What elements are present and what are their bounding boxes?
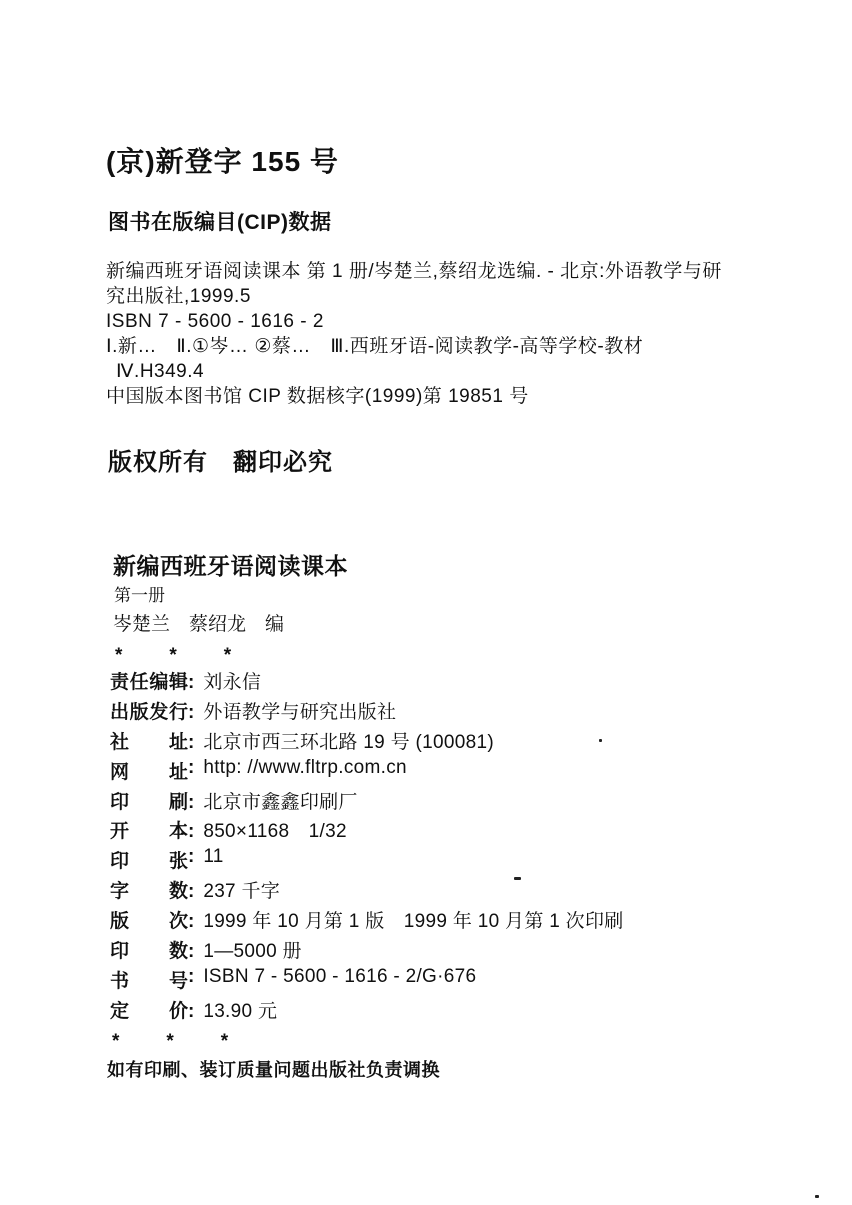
reprint-notice: 如有印刷、装订质量问题出版社负责调换	[107, 1056, 440, 1082]
colophon-value: 237 千字	[203, 881, 280, 902]
colophon-label: 出版发行	[110, 697, 188, 724]
colophon-colon: :	[188, 757, 194, 778]
colophon-label: 开本	[110, 816, 188, 843]
colophon-row: 出版发行:外语教学与研究出版社	[110, 697, 624, 727]
colophon-label: 版次	[110, 906, 188, 933]
colophon-colon: :	[188, 821, 194, 842]
cip-line: Ⅳ.H349.4	[106, 359, 786, 384]
colophon-value: 刘永信	[203, 672, 261, 693]
colophon-value: 13.90 元	[203, 1001, 277, 1022]
cip-line: Ⅰ.新… Ⅱ.①岑… ②蔡… Ⅲ.西班牙语-阅读教学-高等学校-教材	[106, 334, 786, 359]
scan-artifact	[815, 1195, 819, 1198]
colophon-value: http: //www.fltrp.com.cn	[203, 757, 407, 778]
scan-artifact	[599, 739, 602, 742]
colophon-label: 书号	[110, 966, 188, 993]
colophon-colon: :	[188, 846, 194, 867]
separator-asterisks: * * *	[115, 640, 234, 667]
colophon-row: 责任编辑:刘永信	[110, 667, 624, 697]
colophon-value: 外语教学与研究出版社	[203, 702, 396, 723]
scan-artifact	[514, 877, 521, 880]
colophon-value: 11	[203, 846, 223, 867]
colophon-row: 印张:11	[110, 846, 624, 876]
colophon-row: 印刷:北京市鑫鑫印刷厂	[110, 787, 624, 817]
colophon-value: ISBN 7 - 5600 - 1616 - 2/G·676	[203, 966, 476, 987]
cip-line: 中国版本图书馆 CIP 数据核字(1999)第 19851 号	[106, 384, 786, 409]
cip-data-block: 新编西班牙语阅读课本 第 1 册/岑楚兰,蔡绍龙选编. - 北京:外语教学与研 …	[106, 259, 786, 409]
colophon-label: 网址	[110, 757, 188, 784]
colophon-colon: :	[188, 792, 194, 813]
colophon-value: 北京市鑫鑫印刷厂	[203, 792, 357, 813]
colophon-label: 印刷	[110, 787, 188, 814]
colophon-value: 1999 年 10 月第 1 版 1999 年 10 月第 1 次印刷	[203, 911, 623, 932]
colophon-colon: :	[188, 732, 194, 753]
cip-line: ISBN 7 - 5600 - 1616 - 2	[106, 309, 786, 334]
colophon-row: 书号:ISBN 7 - 5600 - 1616 - 2/G·676	[110, 966, 624, 996]
colophon-label: 印数	[110, 936, 188, 963]
colophon-label: 社址	[110, 727, 188, 754]
colophon-label: 字数	[110, 876, 188, 903]
volume-label: 第一册	[114, 581, 165, 606]
colophon-value: 1—5000 册	[203, 941, 302, 962]
colophon-row: 印数:1—5000 册	[110, 936, 624, 966]
colophon-value: 850×1168 1/32	[203, 821, 347, 842]
colophon-colon: :	[188, 966, 194, 987]
colophon-row: 网址:http: //www.fltrp.com.cn	[110, 757, 624, 787]
colophon-colon: :	[188, 672, 194, 693]
cip-line: 新编西班牙语阅读课本 第 1 册/岑楚兰,蔡绍龙选编. - 北京:外语教学与研	[106, 259, 786, 284]
colophon-row: 字数:237 千字	[110, 876, 624, 906]
colophon-label: 责任编辑	[110, 667, 188, 694]
colophon-label: 印张	[110, 846, 188, 873]
colophon-value: 北京市西三环北路 19 号 (100081)	[203, 732, 494, 753]
colophon-row: 社址:北京市西三环北路 19 号 (100081)	[110, 727, 624, 757]
colophon-colon: :	[188, 941, 194, 962]
copyright-notice: 版权所有 翻印必究	[108, 442, 333, 477]
colophon-colon: :	[188, 911, 194, 932]
colophon: 责任编辑:刘永信 出版发行:外语教学与研究出版社 社址:北京市西三环北路 19 …	[110, 667, 624, 1026]
colophon-colon: :	[188, 1001, 194, 1022]
colophon-label: 定价	[110, 996, 188, 1023]
separator-asterisks: * * *	[112, 1026, 231, 1053]
colophon-colon: :	[188, 881, 194, 902]
colophon-colon: :	[188, 702, 194, 723]
colophon-row: 定价:13.90 元	[110, 996, 624, 1026]
book-title: 新编西班牙语阅读课本	[113, 548, 348, 581]
cip-heading: 图书在版编目(CIP)数据	[108, 206, 332, 236]
editors-line: 岑楚兰 蔡绍龙 编	[113, 609, 284, 636]
registration-number: (京)新登字 155 号	[106, 140, 339, 180]
book-copyright-page: (京)新登字 155 号 图书在版编目(CIP)数据 新编西班牙语阅读课本 第 …	[0, 0, 852, 1205]
cip-line: 究出版社,1999.5	[106, 284, 786, 309]
colophon-row: 开本:850×1168 1/32	[110, 816, 624, 846]
colophon-row: 版次:1999 年 10 月第 1 版 1999 年 10 月第 1 次印刷	[110, 906, 624, 936]
